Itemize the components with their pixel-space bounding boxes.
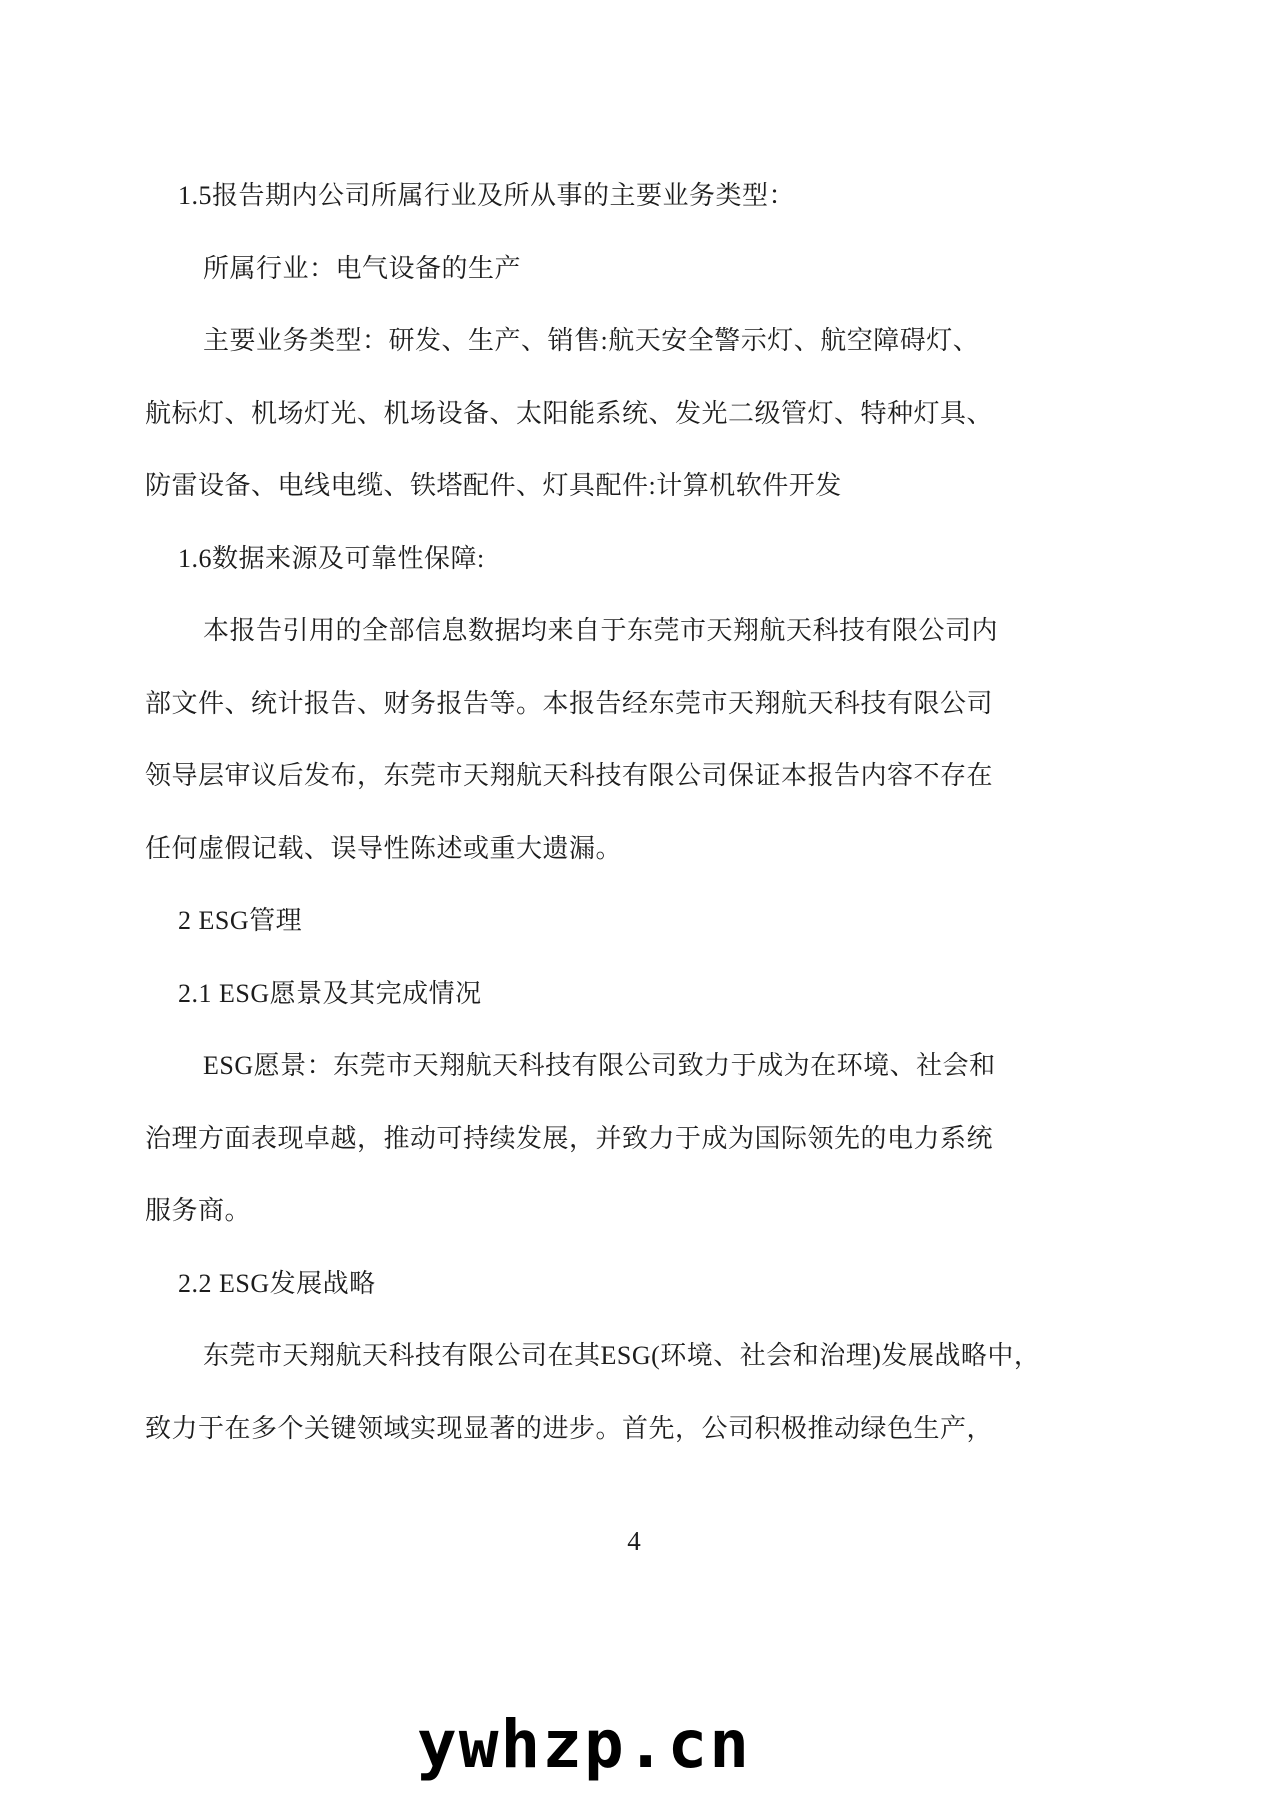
section-heading-2-1: 2.1 ESG愿景及其完成情况 [145,958,985,1031]
text-line: 本报告引用的全部信息数据均来自于东莞市天翔航天科技有限公司内 [145,595,985,668]
text-line: 任何虚假记载、误导性陈述或重大遗漏。 [145,813,985,886]
text-line: 航标灯、机场灯光、机场设备、太阳能系统、发光二级管灯、特种灯具、 [145,378,985,451]
text-line: 部文件、统计报告、财务报告等。本报告经东莞市天翔航天科技有限公司 [145,668,985,741]
section-heading-1-6: 1.6数据来源及可靠性保障: [145,523,985,596]
section-heading-2: 2 ESG管理 [145,885,985,958]
document-page: 1.5报告期内公司所属行业及所从事的主要业务类型： 所属行业：电气设备的生产 主… [0,0,1268,1794]
page-number: 4 [0,1526,1268,1557]
document-body: 1.5报告期内公司所属行业及所从事的主要业务类型： 所属行业：电气设备的生产 主… [145,160,985,1465]
text-line: ESG愿景：东莞市天翔航天科技有限公司致力于成为在环境、社会和 [145,1030,985,1103]
text-line: 致力于在多个关键领域实现显著的进步。首先，公司积极推动绿色生产， [145,1393,985,1466]
text-line: 服务商。 [145,1175,985,1248]
text-line: 东莞市天翔航天科技有限公司在其ESG(环境、社会和治理)发展战略中， [145,1320,985,1393]
text-line: 主要业务类型：研发、生产、销售:航天安全警示灯、航空障碍灯、 [145,305,985,378]
section-heading-2-2: 2.2 ESG发展战略 [145,1248,985,1321]
watermark-text: ywhzp.cn [417,1706,751,1783]
text-line: 治理方面表现卓越，推动可持续发展，并致力于成为国际领先的电力系统 [145,1103,985,1176]
section-heading-1-5: 1.5报告期内公司所属行业及所从事的主要业务类型： [145,160,985,233]
text-line: 所属行业：电气设备的生产 [145,233,985,306]
text-line: 防雷设备、电线电缆、铁塔配件、灯具配件:计算机软件开发 [145,450,985,523]
text-line: 领导层审议后发布，东莞市天翔航天科技有限公司保证本报告内容不存在 [145,740,985,813]
